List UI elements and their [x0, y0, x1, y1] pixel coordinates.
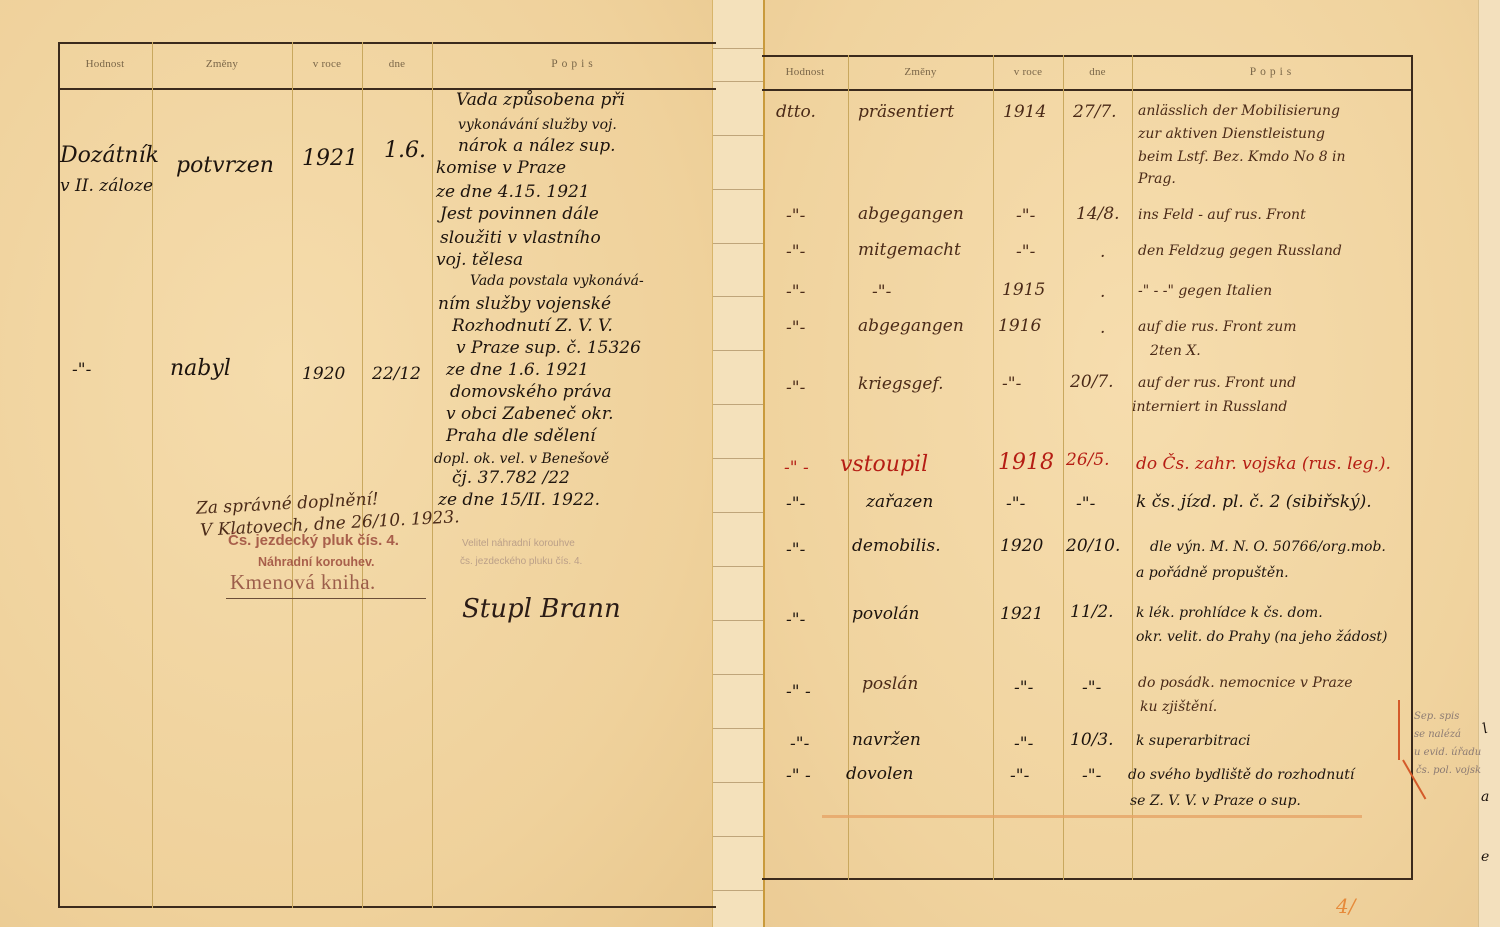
header-dne: dne	[1063, 55, 1132, 89]
r-entry-6-popis: auf der rus. Front und	[1138, 376, 1296, 390]
r-entry-9-v-roce: 1920	[1000, 538, 1043, 555]
r-entry-7-v-roce: 1918	[998, 452, 1054, 474]
corner-mark: 4/	[1336, 896, 1355, 916]
margin-note-line: Sep. spis	[1414, 712, 1459, 722]
header-v-roce: v roce	[292, 42, 362, 86]
margin-note-line: čs. pol. vojsk	[1416, 766, 1481, 776]
popis-line: voj. tělesa	[436, 252, 523, 269]
r-entry-12-v-roce: -"-	[1014, 736, 1033, 753]
commander-stamp-line2: čs. jezdeckého pluku čís. 4.	[460, 556, 582, 567]
margin-note-line: se nalézá	[1414, 730, 1461, 740]
popis-line: čj. 37.782 /22	[452, 470, 570, 487]
r-entry-13-v-roce: -"-	[1010, 768, 1029, 785]
r-entry-7-dne: 26/5.	[1066, 452, 1110, 469]
r-entry-5-v-roce: 1916	[998, 318, 1041, 335]
r-entry-8-hodnost: -"-	[786, 496, 805, 513]
popis-line: Rozhodnutí Z. V. V.	[452, 318, 613, 335]
r-entry-3-v-roce: -"-	[1016, 244, 1035, 261]
r-entry-8-v-roce: -"-	[1006, 496, 1025, 513]
r-entry-8-popis: k čs. jízd. pl. č. 2 (sibiřský).	[1136, 494, 1372, 511]
r-entry-11-dne: -"-	[1082, 680, 1101, 697]
r-entry-10-v-roce: 1921	[1000, 606, 1043, 623]
r-entry-3-hodnost: -"-	[786, 244, 805, 261]
popis-line: domovského práva	[450, 384, 612, 401]
entry-2-hodnost: -"-	[72, 362, 91, 379]
popis-line: dopl. ok. vel. v Benešově	[434, 452, 609, 466]
entry-1-hodnost-line2: v II. záloze	[60, 178, 153, 195]
r-entry-12-dne: 10/3.	[1070, 732, 1114, 749]
header-hodnost: Hodnost	[58, 42, 152, 86]
r-entry-6-zmeny: kriegsgef.	[858, 376, 944, 393]
popis-line: nárok a nález sup.	[458, 138, 616, 155]
r-entry-4-dne: .	[1100, 284, 1105, 301]
r-entry-5-popis: auf die rus. Front zum	[1138, 320, 1297, 334]
r-entry-1-v-roce: 1914	[1003, 104, 1046, 121]
popis-line: Jest povinnen dále	[440, 206, 599, 223]
r-entry-4-popis: -" - -" gegen Italien	[1138, 284, 1272, 298]
r-entry-12-hodnost: -"-	[790, 736, 809, 753]
popis-line: ze dne 4.15. 1921	[436, 184, 590, 201]
r-entry-6-v-roce: -"-	[1002, 376, 1021, 393]
r-entry-3-dne: .	[1100, 244, 1105, 261]
header-divider	[762, 89, 1413, 91]
r-entry-2-zmeny: abgegangen	[858, 206, 964, 223]
r-entry-13-hodnost: -" -	[786, 768, 811, 785]
r-entry-12-zmeny: navržen	[852, 732, 921, 749]
r-entry-1-popis: zur aktiven Dienstleistung	[1138, 127, 1325, 141]
r-entry-10-hodnost: -"-	[786, 612, 805, 629]
r-entry-6-popis: interniert in Russland	[1132, 400, 1287, 414]
header-hodnost: Hodnost	[762, 55, 848, 89]
entry-1-zmeny: potvrzen	[176, 155, 274, 177]
header-popis: Popis	[432, 42, 716, 86]
header-zmeny: Změny	[152, 42, 292, 86]
closing-red-line	[822, 815, 1362, 818]
r-entry-11-popis: do posádk. nemocnice v Praze	[1138, 676, 1353, 690]
r-entry-1-hodnost: dtto.	[776, 104, 816, 121]
r-entry-13-popis: do svého bydliště do rozhodnutí	[1128, 768, 1354, 782]
r-entry-9-popis: dle výn. M. N. O. 50766/org.mob.	[1150, 540, 1386, 554]
r-entry-1-zmeny: präsentiert	[858, 104, 954, 121]
r-entry-5-hodnost: -"-	[786, 320, 805, 337]
entry-1-v-roce: 1921	[302, 148, 358, 170]
popis-line: sloužiti v vlastního	[440, 230, 601, 247]
r-entry-11-zmeny: poslán	[862, 676, 918, 693]
r-entry-2-v-roce: -"-	[1016, 208, 1035, 225]
entry-2-zmeny: nabyl	[170, 358, 231, 380]
unit-stamp-line3: Kmenová kniha.	[230, 570, 376, 595]
r-entry-7-zmeny: vstoupil	[840, 454, 928, 476]
r-entry-8-dne: -"-	[1076, 496, 1095, 513]
entry-1-dne: 1.6.	[384, 140, 426, 162]
r-entry-5-zmeny: abgegangen	[858, 318, 964, 335]
unit-stamp-line2: Náhradní korouhev.	[258, 555, 374, 569]
r-entry-4-v-roce: 1915	[1002, 282, 1045, 299]
r-entry-13-dne: -"-	[1082, 768, 1101, 785]
popis-line: ním služby vojenské	[438, 296, 611, 313]
r-entry-4-hodnost: -"-	[786, 284, 805, 301]
r-entry-9-popis: a pořádně propuštěn.	[1136, 566, 1289, 580]
popis-line: ze dne 1.6. 1921	[446, 362, 589, 379]
binding-strip	[712, 0, 765, 927]
entry-1-hodnost-line1: Dozátník	[60, 145, 159, 167]
stamp-underline	[226, 598, 426, 599]
r-entry-3-zmeny: mitgemacht	[858, 242, 961, 259]
r-entry-11-hodnost: -" -	[786, 684, 811, 701]
unit-stamp-line1: Čs. jezdecký pluk čís. 4.	[228, 532, 399, 549]
r-entry-9-dne: 20/10.	[1066, 538, 1120, 555]
red-margin-mark	[1398, 700, 1400, 760]
r-entry-7-hodnost: -" -	[784, 460, 809, 477]
r-entry-1-dne: 27/7.	[1073, 104, 1117, 121]
next-page-edge: l a e	[1478, 0, 1500, 927]
popis-line: v Praze sup. č. 15326	[456, 340, 641, 357]
r-entry-1-popis: anlässlich der Mobilisierung	[1138, 104, 1340, 118]
entry-2-v-roce: 1920	[302, 366, 345, 383]
header-popis: Popis	[1132, 55, 1413, 89]
r-entry-10-popis: okr. velit. do Prahy (na jeho žádost)	[1136, 630, 1388, 644]
r-entry-10-zmeny: povolán	[852, 606, 919, 623]
r-entry-2-popis: ins Feld - auf rus. Front	[1138, 208, 1306, 222]
r-entry-7-popis: do Čs. zahr. vojska (rus. leg.).	[1136, 456, 1391, 473]
r-entry-3-popis: den Feldzug gegen Russland	[1138, 244, 1342, 258]
r-entry-10-popis: k lék. prohlídce k čs. dom.	[1136, 606, 1323, 620]
signature: Stupl Brann	[462, 596, 621, 622]
margin-note-line: u evid. úřadu	[1414, 748, 1481, 758]
r-entry-11-popis: ku zjištění.	[1140, 700, 1217, 714]
popis-line: v obci Zabeneč okr.	[446, 406, 614, 423]
popis-line: Vada způsobena při	[456, 92, 625, 109]
r-entry-1-popis: beim Lstf. Bez. Kmdo No 8 in	[1138, 150, 1346, 164]
r-entry-13-popis: se Z. V. V. v Praze o sup.	[1130, 794, 1301, 808]
popis-line: vykonávání služby voj.	[458, 118, 617, 132]
popis-line: ze dne 15/II. 1922.	[438, 492, 600, 509]
r-entry-1-popis: Prag.	[1138, 172, 1176, 186]
table-frame	[58, 42, 716, 908]
header-zmeny: Změny	[848, 55, 993, 89]
r-entry-2-hodnost: -"-	[786, 208, 805, 225]
r-entry-13-zmeny: dovolen	[846, 766, 913, 783]
r-entry-11-v-roce: -"-	[1014, 680, 1033, 697]
r-entry-2-dne: 14/8.	[1076, 206, 1120, 223]
entry-2-dne: 22/12	[372, 366, 421, 383]
r-entry-9-hodnost: -"-	[786, 542, 805, 559]
r-entry-8-zmeny: zařazen	[866, 494, 933, 511]
commander-stamp-line1: Velitel náhradní korouhve	[462, 538, 575, 549]
popis-line: Praha dle sdělení	[446, 428, 596, 445]
r-entry-6-hodnost: -"-	[786, 380, 805, 397]
r-entry-4-zmeny: -"-	[872, 284, 891, 301]
r-entry-5-popis: 2ten X.	[1150, 344, 1201, 358]
r-entry-5-dne: .	[1100, 320, 1105, 337]
header-v-roce: v roce	[993, 55, 1063, 89]
r-entry-12-popis: k superarbitraci	[1136, 734, 1251, 748]
r-entry-9-zmeny: demobilis.	[852, 538, 941, 555]
popis-line: Vada povstala vykonává-	[470, 274, 644, 288]
r-entry-10-dne: 11/2.	[1070, 604, 1114, 621]
popis-line: komise v Praze	[436, 160, 566, 177]
header-dne: dne	[362, 42, 432, 86]
r-entry-6-dne: 20/7.	[1070, 374, 1114, 391]
left-ledger-table: Hodnost Změny v roce dne Popis	[58, 42, 716, 908]
